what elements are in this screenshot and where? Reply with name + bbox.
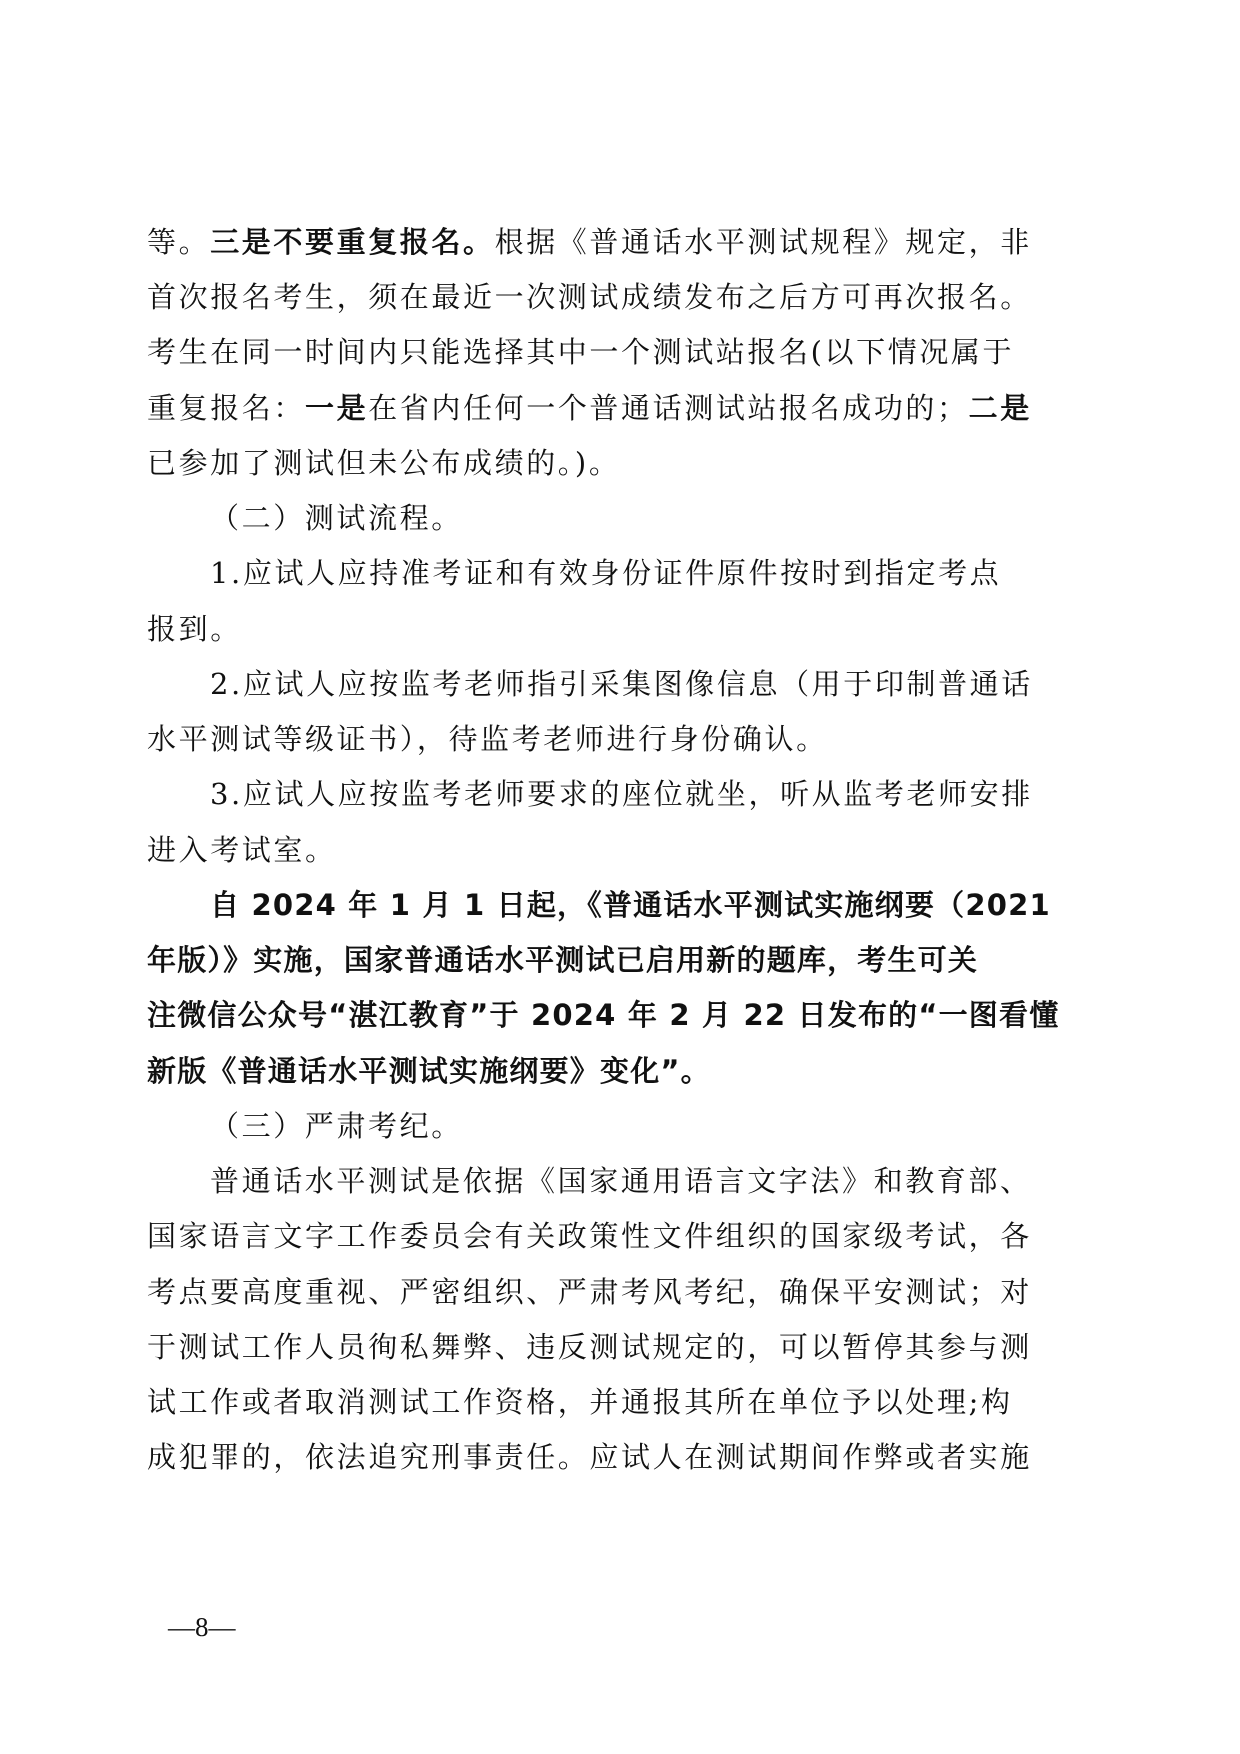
- paragraph-line: 等。三是不要重复报名。根据《普通话水平测试规程》规定，非: [147, 222, 969, 262]
- paragraph-line: 注微信公众号“湛江教育”于 2024 年 2 月 22 日发布的“一图看懂: [147, 995, 969, 1035]
- section-heading-test-process: （二）测试流程。: [210, 498, 463, 538]
- paragraph-line: 考点要高度重视、严密组织、严肃考风考纪，确保平安测试；对: [147, 1272, 969, 1312]
- page-number: —8—: [168, 1612, 236, 1642]
- paragraph-line: 成犯罪的，依法追究刑事责任。应试人在测试期间作弊或者实施: [147, 1437, 969, 1477]
- paragraph-line: 国家语言文字工作委员会有关政策性文件组织的国家级考试，各: [147, 1216, 969, 1256]
- document-page: 等。三是不要重复报名。根据《普通话水平测试规程》规定，非 首次报名考生，须在最近…: [0, 0, 1240, 1754]
- paragraph-line: 考生在同一时间内只能选择其中一个测试站报名(以下情况属于: [147, 332, 969, 372]
- text-run: 重复报名：: [147, 391, 305, 425]
- paragraph-line: 自 2024 年 1 月 1 日起，《普通话水平测试实施纲要（2021: [210, 885, 969, 925]
- paragraph-line: 新版《普通话水平测试实施纲要》变化”。: [147, 1051, 711, 1091]
- paragraph-line: 普通话水平测试是依据《国家通用语言文字法》和教育部、: [210, 1161, 969, 1201]
- text-run: 在省内任何一个普通话测试站报名成功的；: [368, 391, 968, 425]
- bold-heading-run: 三是不要重复报名。: [210, 225, 494, 259]
- paragraph-line: 报到。: [147, 609, 242, 649]
- paragraph-line: 于测试工作人员徇私舞弊、违反测试规定的，可以暂停其参与测: [147, 1327, 969, 1367]
- paragraph-line: 已参加了测试但未公布成绩的。)。: [147, 443, 620, 483]
- bold-run: 一是: [305, 391, 368, 425]
- paragraph-line: 年版）》实施，国家普通话水平测试已启用新的题库，考生可关: [147, 940, 969, 980]
- list-item-3: 3.应试人应按监考老师要求的座位就坐，听从监考老师安排: [210, 774, 969, 814]
- paragraph-line: 水平测试等级证书），待监考老师进行身份确认。: [147, 719, 828, 759]
- paragraph-line: 试工作或者取消测试工作资格，并通报其所在单位予以处理;构: [147, 1382, 969, 1422]
- bold-run: 二是: [969, 391, 1032, 425]
- paragraph-line: 进入考试室。: [147, 830, 337, 870]
- section-heading-exam-discipline: （三）严肃考纪。: [210, 1106, 463, 1146]
- text-run: 根据《普通话水平测试规程》规定，非: [495, 225, 1032, 259]
- text-run: 等。: [147, 225, 210, 259]
- paragraph-line: 重复报名：一是在省内任何一个普通话测试站报名成功的；二是: [147, 388, 969, 428]
- list-item-1: 1.应试人应持准考证和有效身份证件原件按时到指定考点: [210, 553, 969, 593]
- paragraph-line: 首次报名考生，须在最近一次测试成绩发布之后方可再次报名。: [147, 277, 969, 317]
- list-item-2: 2.应试人应按监考老师指引采集图像信息（用于印制普通话: [210, 664, 969, 704]
